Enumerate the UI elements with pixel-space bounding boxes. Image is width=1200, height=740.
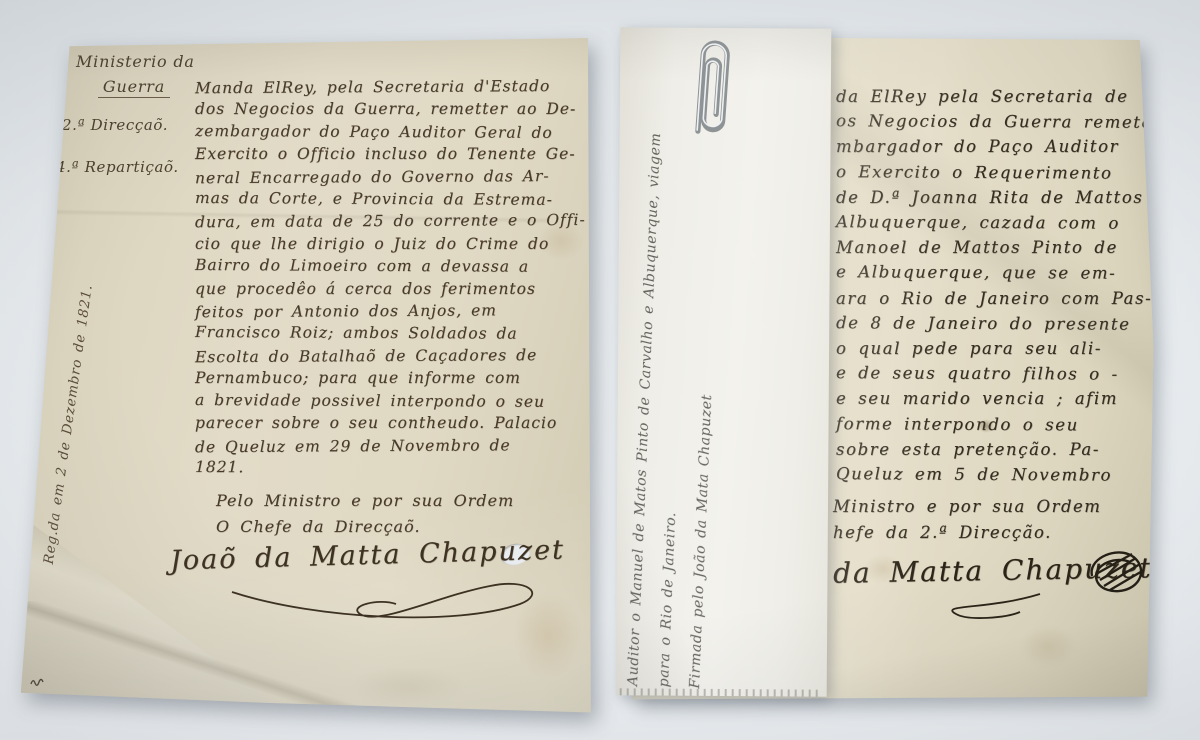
manuscript-line: que procedêo á cerca dos ferimentos [195,278,591,300]
paper-stain [863,554,903,584]
left-registration-note: Reg.da em 2 de Dezembro de 1821. [41,230,108,566]
paper-stain [538,221,584,261]
left-margin-note-direccao: 2.ª Direcçaõ. [62,116,168,134]
left-document: Ministerio da Guerra 2.ª Direcçaõ. 4.ª R… [18,36,592,718]
manuscript-line: mbargador do Paço Auditor [836,134,1156,159]
manuscript-line: Manoel de Mattos Pinto de [836,235,1156,260]
manuscript-line: ara o Rio de Janeiro com Pas- [836,286,1156,311]
left-document-paper: Ministerio da Guerra 2.ª Direcçaõ. 4.ª R… [18,36,592,718]
manuscript-line: Ministro e por sua Ordem [833,494,1101,520]
left-document-crease [48,186,548,246]
manuscript-line: forme interpondo o seu [836,411,1156,438]
signature-flourish [228,574,558,634]
manuscript-line: Pelo Ministro e por sua Ordem [216,488,514,514]
signature-rubric [1086,546,1150,598]
ministry-line: Ministerio da [76,52,195,71]
manuscript-line: dura, em data de 25 do corrente e o Offi… [195,209,591,234]
manuscript-line: Francisco Roiz; ambos Soldados da [195,321,591,345]
signature-flourish [928,590,1048,624]
manuscript-line: de D.ª Joanna Rita de Mattos [836,185,1156,210]
manuscript-line: zembargador do Paço Auditor Geral do [195,120,591,144]
manuscript-line: parecer sobre o seu contheudo. Palacio [195,412,591,434]
slip-perforated-edge [620,688,820,696]
manuscript-line: 1821. [195,456,591,480]
manuscript-line: feitos por Antonio dos Anjos, em [195,299,591,324]
paper-stain [348,666,468,706]
manuscript-line: hefe da 2.ª Direcção. [833,520,1101,546]
manuscript-line: cio que lhe dirigio o Juiz do Crime do [195,233,591,255]
left-body-text: Manda ElRey, pela Secretaria d'Estadodos… [195,76,591,479]
manuscript-line: Exercito o Officio incluso do Tenente Ge… [195,143,591,165]
paperclip [680,26,744,148]
slip-pencil-note: Auditor o Manuel de Matos Pinto de Carva… [618,126,741,690]
manuscript-line: o Exercito o Requerimento [836,159,1156,186]
left-department-header: Ministerio da Guerra [76,52,195,98]
right-closing-text: Ministro e por sua Ordemhefe da 2.ª Dire… [833,494,1101,546]
ink-mark [30,676,46,688]
manuscript-line: neral Encarregado do Governo das Ar- [195,164,591,189]
manuscript-line: Queluz em 5 de Novembro [836,461,1156,488]
right-body-text: da ElRey pela Secretaria deos Negocios d… [836,84,1156,487]
manuscript-line: O Chefe da Direcçaõ. [216,514,514,540]
paper-stain [978,419,994,433]
manuscript-line: a brevidade possivel interpondo o seu [195,389,591,413]
photo-of-two-manuscript-documents: Ministerio da Guerra 2.ª Direcçaõ. 4.ª R… [0,0,1200,740]
manuscript-line: Pernambuco; para que informe com [195,367,591,389]
paper-stain [1018,624,1078,669]
manuscript-line: Albuquerque, cazada com o [836,209,1156,236]
right-signature: da Matta Chapuzet [833,551,1153,590]
manuscript-line: e seu marido vencia ; afim [836,386,1156,411]
manuscript-line: o qual pede para seu ali- [836,336,1156,361]
manuscript-line: e Albuquerque, que se em- [836,260,1156,287]
manuscript-line: de 8 de Janeiro do presente [836,310,1156,337]
manuscript-line: Manda ElRey, pela Secretaria d'Estado [195,75,591,100]
manuscript-line: sobre esta pretenção. Pa- [836,437,1156,462]
left-margin-note-reparticao: 4.ª Repartiçaõ. [56,158,179,176]
manuscript-line: Bairro do Limoeiro com a devassa a [195,254,591,278]
manuscript-line: da ElRey pela Secretaria de [836,84,1156,109]
ministry-line-underlined: Guerra [98,77,170,98]
manuscript-line: mas da Corte, e Provincia da Estrema- [195,187,591,211]
manuscript-line: dos Negocios da Guerra, remetter ao De- [195,98,591,120]
manuscript-line: e de seus quatro filhos o - [836,360,1156,387]
manuscript-line: de Queluz em 29 de Novembro de [195,433,591,458]
manuscript-line: os Negocios da Guerra remeter [836,108,1156,135]
left-closing-text: Pelo Ministro e por sua OrdemO Chefe da … [216,488,514,540]
left-signature: Joaõ da Matta Chapuzet [170,534,566,576]
manuscript-line: Escolta do Batalhaõ de Caçadores de [195,344,591,369]
